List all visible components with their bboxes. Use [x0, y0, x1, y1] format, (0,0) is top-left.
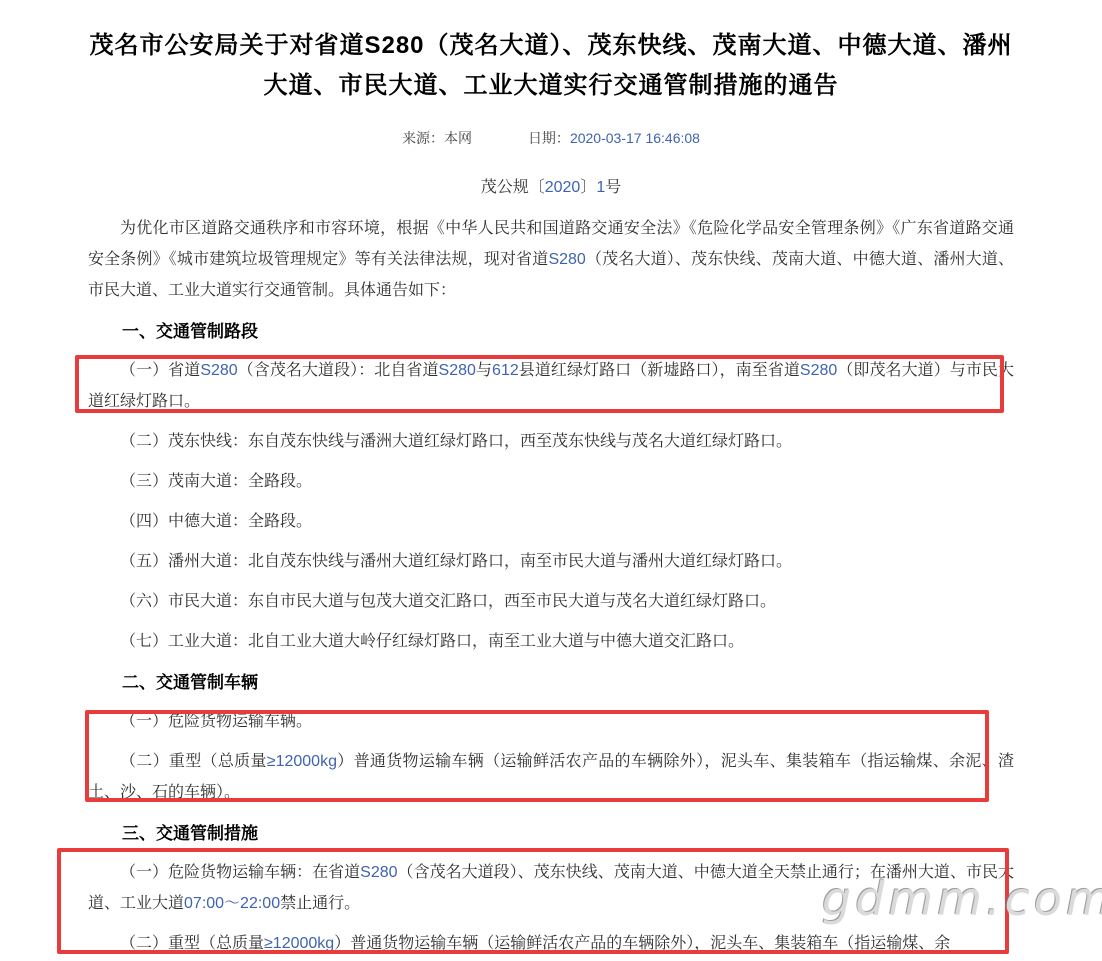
road-item-5: （五）潘州大道：北自茂东快线与潘州大道红绿灯路口，南至市民大道与潘州大道红绿灯路… [88, 546, 1014, 577]
section-heading-vehicles: 二、交通管制车辆 [88, 670, 1014, 695]
vehicle-item-1: （一）危险货物运输车辆。 [88, 706, 1014, 737]
source-label: 来源： [402, 130, 444, 146]
date-field: 日期：2020-03-17 16:46:08 [528, 130, 700, 146]
intro-paragraph: 为优化市区道路交通秩序和市容环境，根据《中华人民共和国道路交通安全法》《危险化学… [88, 213, 1014, 306]
meta-row: 来源：本网 日期：2020-03-17 16:46:08 [0, 130, 1102, 146]
vehicle-item-2: （二）重型（总质量≥12000kg）普通货物运输车辆（运输鲜活农产品的车辆除外）… [88, 746, 1014, 808]
section-heading-roads: 一、交通管制路段 [88, 319, 1014, 344]
road-item-2: （二）茂东快线：东自茂东快线与潘洲大道红绿灯路口，西至茂东快线与茂名大道红绿灯路… [88, 426, 1014, 457]
watermark: gdmm.com [822, 872, 1102, 926]
measure-item-2: （二）重型（总质量≥12000kg）普通货物运输车辆（运输鲜活农产品的车辆除外）… [88, 928, 1014, 959]
road-item-1: （一）省道S280（含茂名大道段）：北自省道S280与612县道红绿灯路口（新墟… [88, 355, 1014, 417]
road-item-7: （七）工业大道：北自工业大道大岭仔红绿灯路口，南至工业大道与中德大道交汇路口。 [88, 626, 1014, 657]
section-heading-measures: 三、交通管制措施 [88, 821, 1014, 846]
source-field: 来源：本网 [402, 130, 472, 146]
road-item-3: （三）茂南大道：全路段。 [88, 466, 1014, 497]
road-item-4: （四）中德大道：全路段。 [88, 506, 1014, 537]
date-label: 日期： [528, 130, 570, 146]
source-value: 本网 [444, 130, 472, 146]
date-value: 2020-03-17 16:46:08 [570, 130, 700, 146]
notice-page: 茂名市公安局关于对省道S280（茂名大道）、茂东快线、茂南大道、中德大道、潘州大… [0, 0, 1102, 961]
notice-body: 为优化市区道路交通秩序和市容环境，根据《中华人民共和国道路交通安全法》《危险化学… [0, 213, 1102, 959]
notice-title: 茂名市公安局关于对省道S280（茂名大道）、茂东快线、茂南大道、中德大道、潘州大… [0, 0, 1102, 106]
doc-number: 茂公规〔2020〕1号 [0, 178, 1102, 198]
road-item-6: （六）市民大道：东自市民大道与包茂大道交汇路口，西至市民大道与茂名大道红绿灯路口… [88, 586, 1014, 617]
